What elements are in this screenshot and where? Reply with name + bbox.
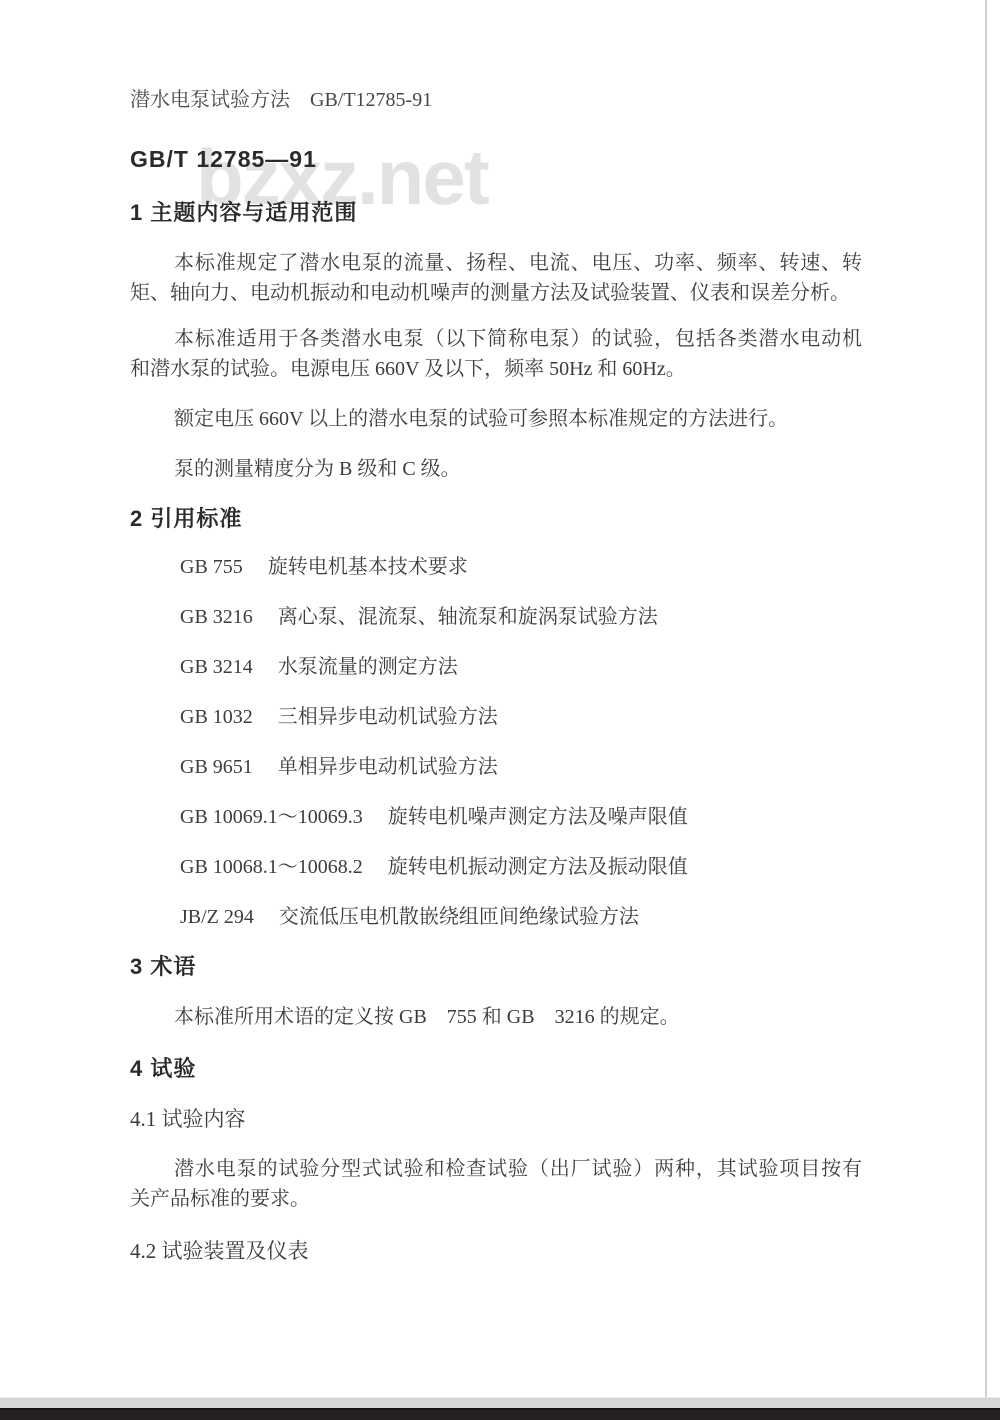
reference-item: GB 9651 单相异步电动机试验方法 xyxy=(130,752,862,782)
page-right-edge-line xyxy=(985,0,987,1397)
reference-item: GB 3216 离心泵、混流泵、轴流泵和旋涡泵试验方法 xyxy=(130,602,862,632)
reference-item: GB 755 旋转电机基本技术要求 xyxy=(130,552,862,582)
paragraph-test-content: 潜水电泵的试验分型式试验和检查试验（出厂试验）两种，其试验项目按有 关产品标准的… xyxy=(130,1154,862,1214)
reference-list: GB 755 旋转电机基本技术要求 GB 3216 离心泵、混流泵、轴流泵和旋涡… xyxy=(130,552,862,932)
section-4-2-heading: 4.2 试验装置及仪表 xyxy=(130,1238,862,1264)
paragraph-line: 本标准所用术语的定义按 GB 755 和 GB 3216 的规定。 xyxy=(130,1002,862,1032)
paragraph-line: 关产品标准的要求。 xyxy=(130,1184,862,1214)
paragraph-scope-4: 泵的测量精度分为 B 级和 C 级。 xyxy=(130,454,862,484)
section-1-heading: 1 主题内容与适用范围 xyxy=(130,200,862,226)
paragraph-line: 和潜水泵的试验。电源电压 660V 及以下，频率 50Hz 和 60Hz。 xyxy=(130,354,862,384)
paragraph-line: 本标准适用于各类潜水电泵（以下简称电泵）的试验，包括各类潜水电动机 xyxy=(130,324,862,354)
reference-item: GB 3214 水泵流量的测定方法 xyxy=(130,652,862,682)
paragraph-line: 泵的测量精度分为 B 级和 C 级。 xyxy=(130,454,862,484)
section-3-heading: 3 术语 xyxy=(130,954,862,980)
viewer-bottom-bar xyxy=(0,1397,1000,1408)
paragraph-terms: 本标准所用术语的定义按 GB 755 和 GB 3216 的规定。 xyxy=(130,1002,862,1032)
reference-item: GB 10069.1～10069.3 旋转电机噪声测定方法及噪声限值 xyxy=(130,802,862,832)
paragraph-scope-2: 本标准适用于各类潜水电泵（以下简称电泵）的试验，包括各类潜水电动机 和潜水泵的试… xyxy=(130,324,862,384)
paragraph-scope-1: 本标准规定了潜水电泵的流量、扬程、电流、电压、功率、频率、转速、转 矩、轴向力、… xyxy=(130,248,862,308)
reference-item: GB 1032 三相异步电动机试验方法 xyxy=(130,702,862,732)
paragraph-line: 矩、轴向力、电动机振动和电动机噪声的测量方法及试验装置、仪表和误差分析。 xyxy=(130,278,862,308)
section-4-1-heading: 4.1 试验内容 xyxy=(130,1106,862,1132)
standard-number: GB/T 12785—91 xyxy=(130,146,862,172)
paragraph-line: 额定电压 660V 以上的潜水电泵的试验可参照本标准规定的方法进行。 xyxy=(130,404,862,434)
paragraph-line: 本标准规定了潜水电泵的流量、扬程、电流、电压、功率、频率、转速、转 xyxy=(130,248,862,278)
paragraph-scope-3: 额定电压 660V 以上的潜水电泵的试验可参照本标准规定的方法进行。 xyxy=(130,404,862,434)
section-2-heading: 2 引用标准 xyxy=(130,506,862,532)
paragraph-line: 潜水电泵的试验分型式试验和检查试验（出厂试验）两种，其试验项目按有 xyxy=(130,1154,862,1184)
document-viewer: bzxz.net 潜水电泵试验方法 GB/T12785-91 GB/T 1278… xyxy=(0,0,1000,1420)
section-4-heading: 4 试验 xyxy=(130,1056,862,1082)
running-header: 潜水电泵试验方法 GB/T12785-91 xyxy=(130,88,862,112)
reference-item: GB 10068.1～10068.2 旋转电机振动测定方法及振动限值 xyxy=(130,852,862,882)
reference-item: JB/Z 294 交流低压电机散嵌绕组匝间绝缘试验方法 xyxy=(130,902,862,932)
viewer-dark-bar xyxy=(0,1408,1000,1420)
page-content: 潜水电泵试验方法 GB/T12785-91 GB/T 12785—91 1 主题… xyxy=(130,88,862,1264)
